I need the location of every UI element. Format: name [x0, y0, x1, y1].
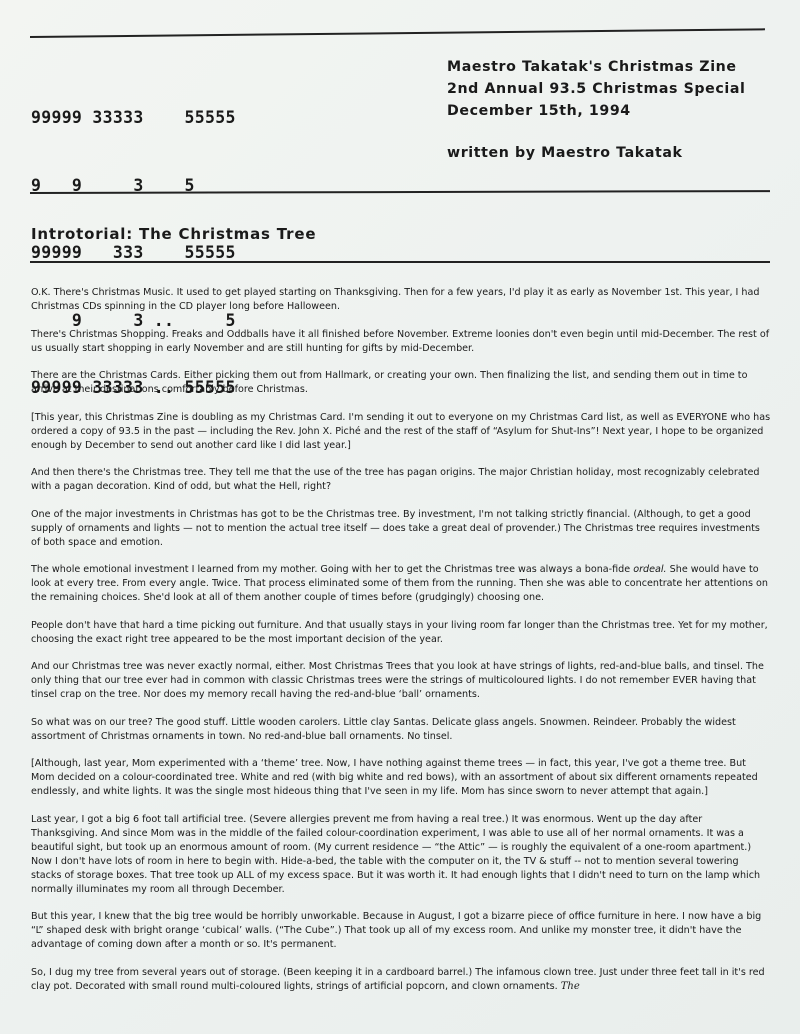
paragraph: So, I dug my tree from several years out…	[31, 966, 771, 994]
paragraph: But this year, I knew that the big tree …	[31, 910, 771, 952]
paragraph-text: The whole emotional investment I learned…	[31, 564, 633, 575]
paragraph: The whole emotional investment I learned…	[31, 563, 771, 605]
article-body: O.K. There's Christmas Music. It used to…	[31, 286, 771, 1007]
zine-page: 99999 33333 55555 9 9 3 5 99999 333 5555…	[0, 0, 800, 1034]
paragraph: One of the major investments in Christma…	[31, 508, 771, 550]
paragraph: There's Christmas Shopping. Freaks and O…	[31, 328, 771, 356]
zine-title: Maestro Takatak's Christmas Zine	[447, 56, 746, 78]
paragraph: There are the Christmas Cards. Either pi…	[31, 369, 771, 397]
section-title: Introtorial: The Christmas Tree	[31, 225, 316, 243]
emphasis-ordeal: ordeal.	[633, 564, 666, 575]
top-rule	[30, 28, 765, 38]
section-rule	[30, 261, 770, 263]
paragraph: [Although, last year, Mom experimented w…	[31, 757, 771, 799]
logo-line: 99999 33333 55555	[31, 107, 236, 130]
paragraph: O.K. There's Christmas Music. It used to…	[31, 286, 771, 314]
paragraph: [This year, this Christmas Zine is doubl…	[31, 411, 771, 453]
zine-subtitle: 2nd Annual 93.5 Christmas Special	[447, 78, 746, 100]
paragraph-text: So, I dug my tree from several years out…	[31, 967, 765, 992]
paragraph: And then there's the Christmas tree. The…	[31, 466, 771, 494]
handwritten-note: The	[561, 981, 580, 992]
zine-date: December 15th, 1994	[447, 100, 746, 122]
masthead: Maestro Takatak's Christmas Zine 2nd Ann…	[447, 56, 746, 164]
paragraph: So what was on our tree? The good stuff.…	[31, 716, 771, 744]
paragraph: And our Christmas tree was never exactly…	[31, 660, 771, 702]
paragraph: Last year, I got a big 6 foot tall artif…	[31, 813, 771, 897]
paragraph: People don't have that hard a time picki…	[31, 619, 771, 647]
byline: written by Maestro Takatak	[447, 142, 746, 164]
